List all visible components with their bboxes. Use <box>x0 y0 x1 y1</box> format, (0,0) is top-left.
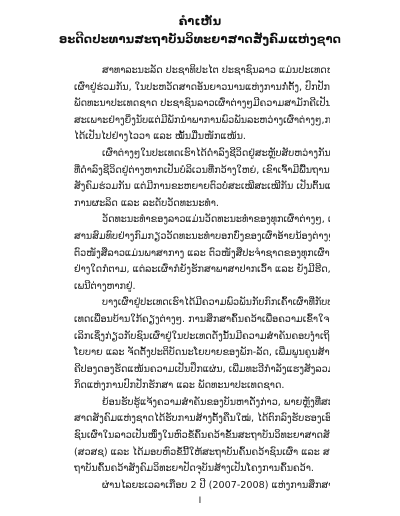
text-line: ເພນີຕ່າງຫາກຢູ່. <box>46 279 330 296</box>
text-line: ເຜົ່າຢູ່ຮ່ວມກັນ, ໃນປະຫວັດສາດອັນຍາວນານແຫ່… <box>46 80 330 97</box>
text-line: ຜ່ານໄລຍະເວລາເກືອບ 2 ປີ (2007-2008) ແຫ່ງກ… <box>46 478 330 495</box>
document-subtitle: ອະດີດປະທານສະຖາບັນວິທະຍາສາດສັງຄົມແຫ່ງຊາດ <box>0 30 400 48</box>
paragraph-6: ຜ່ານໄລຍະເວລາເກືອບ 2 ປີ (2007-2008) ແຫ່ງກ… <box>46 478 330 495</box>
text-line: ຢ່າງໃດກໍຕາມ, ແຕ່ລະເຜົ່າກໍຍັງຮັກສາພາສາປາກ… <box>46 262 330 279</box>
text-line: ການຜະລິດ ແລະ ລະດັບວັດທະນະທຳ. <box>46 196 330 213</box>
paragraph-2: ເຜົ່າຕ່າງໆໃນປະເທດເຮົາໄດ້ດຳລົງຊີວິດຢູ່ສະຫ… <box>46 146 330 212</box>
text-line: (ສວສຊ) ແລະ ໄດ້ມອບຫົວຂໍ້ນີ້ໃຫ້ສະຖາບັນຄົ້ນ… <box>46 445 330 462</box>
text-line: ກິດແຫ່ງການປົກປັກຮັກສາ ແລະ ພັດທະນາປະເທດຊາ… <box>46 378 330 395</box>
text-line: ໂຍບາຍ ແລະ ຈັດຕັ້ງປະຕິບັດນະໂຍບາຍຂອງພັກ-ລັ… <box>46 345 330 362</box>
text-line: ສັງຄົມຮ່ວມກັນ ແຕ່ມີການຂະຫຍາຍຕົວບໍ່ສະເໝີສ… <box>46 179 330 196</box>
text-line: ຊົນເຜົ່າໃນລາວເປັນໜຶ່ງໃນຫົວຂໍ້ຄົ້ນຄວ້າຂັ້… <box>46 428 330 445</box>
document-title: ຄຳເຫັນ <box>0 12 400 30</box>
text-line: ເລິກເຊິ່ງກ່ຽວກັບຊົນເຜົ່າຢູ່ໃນປະເທດດັ່ງນັ… <box>46 329 330 346</box>
paragraph-5: ຍ້ອນຮັບຮູ້ແຈ້ງຄວາມສຳຄັນຂອງບັນຫາດັ່ງກ່າວ,… <box>46 395 330 478</box>
text-line: ທີ່ດຳລົງຊີວິດຢູ່ຕ່າງຫາກເປັນບໍລິເວນທີ່ກວ້… <box>46 163 330 180</box>
document-page: ຄຳເຫັນ ອະດີດປະທານສະຖາບັນວິທະຍາສາດສັງຄົມແ… <box>0 0 400 516</box>
paragraph-1: ສາທາລະນະລັດ ປະຊາທິປະໄຕ ປະຊາຊົນລາວ ແມ່ນປະ… <box>46 63 330 146</box>
page-number: I <box>0 496 400 506</box>
text-line: ພັດທະນາປະເທດຊາດ ປະຊາຊົນລາວເຜົ່າຕ່າງໆມີຄວ… <box>46 96 330 113</box>
text-line: ບາງເຜົ່າຢູ່ປະເທດເຮົາໄດ້ມີຄວາມພົວພັນກັບກົ… <box>46 295 330 312</box>
text-line: ສາທາລະນະລັດ ປະຊາທິປະໄຕ ປະຊາຊົນລາວ ແມ່ນປະ… <box>46 63 330 80</box>
text-line: ຕົວໜັງສືລາວແມ່ນພາສາກາງ ແລະ ຕົວໜັງສືປະຈຳຊ… <box>46 246 330 263</box>
document-body: ສາທາລະນະລັດ ປະຊາທິປະໄຕ ປະຊາຊົນລາວ ແມ່ນປະ… <box>46 63 330 494</box>
text-line: ເຜົ່າຕ່າງໆໃນປະເທດເຮົາໄດ້ດຳລົງຊີວິດຢູ່ສະຫ… <box>46 146 330 163</box>
text-line: ຖາບັນຄົ້ນຄວ້າສັງຄົມວິທະຍາປັດຈຸບັນສ້າງເປັ… <box>46 461 330 478</box>
title-block: ຄຳເຫັນ ອະດີດປະທານສະຖາບັນວິທະຍາສາດສັງຄົມແ… <box>0 12 400 48</box>
text-line: ຍ້ອນຮັບຮູ້ແຈ້ງຄວາມສຳຄັນຂອງບັນຫາດັ່ງກ່າວ,… <box>46 395 330 412</box>
paragraph-4: ບາງເຜົ່າຢູ່ປະເທດເຮົາໄດ້ມີຄວາມພົວພັນກັບກົ… <box>46 295 330 395</box>
paragraph-3: ວັດທະນະທຳຂອງລາວແມ່ນວັດທະນະທຳຂອງທຸກເຜົ່າຕ… <box>46 212 330 295</box>
text-line: ສາດສັງຄົມແຫ່ງຊາດໄດ້ຮັບການສ້າງຕັ້ງຄືນໃໝ່,… <box>46 411 330 428</box>
text-line: ເທດເພື່ອນບ້ານໃກ້ຄຽງຕ່າງໆ. ການສຶກສາຄົ້ນຄວ… <box>46 312 330 329</box>
text-line: ໄດ້ເປັນໄປຢ່າງໄວວາ ແລະ ໝັ້ນມື່ນໜັກແໜ້ນ. <box>46 129 330 146</box>
text-line: ສານສົມທົບຢ່າງກົມກຽວວັດທະນະທຳບອກບົ່ງຂອງເຜ… <box>46 229 330 246</box>
text-line: ສະເພາະຢ່າງຍິ່ງນັບແຕ່ມີພັກນຳພາການພົວພັນລະ… <box>46 113 330 130</box>
text-line: ວັດທະນະທຳຂອງລາວແມ່ນວັດທະນະທຳຂອງທຸກເຜົ່າຕ… <box>46 212 330 229</box>
text-line: ຄີປອງດອງຮັດແໜ້ນຄວາມເປັນປຶກແຜ່ນ, ເພີ່ມທະວ… <box>46 362 330 379</box>
